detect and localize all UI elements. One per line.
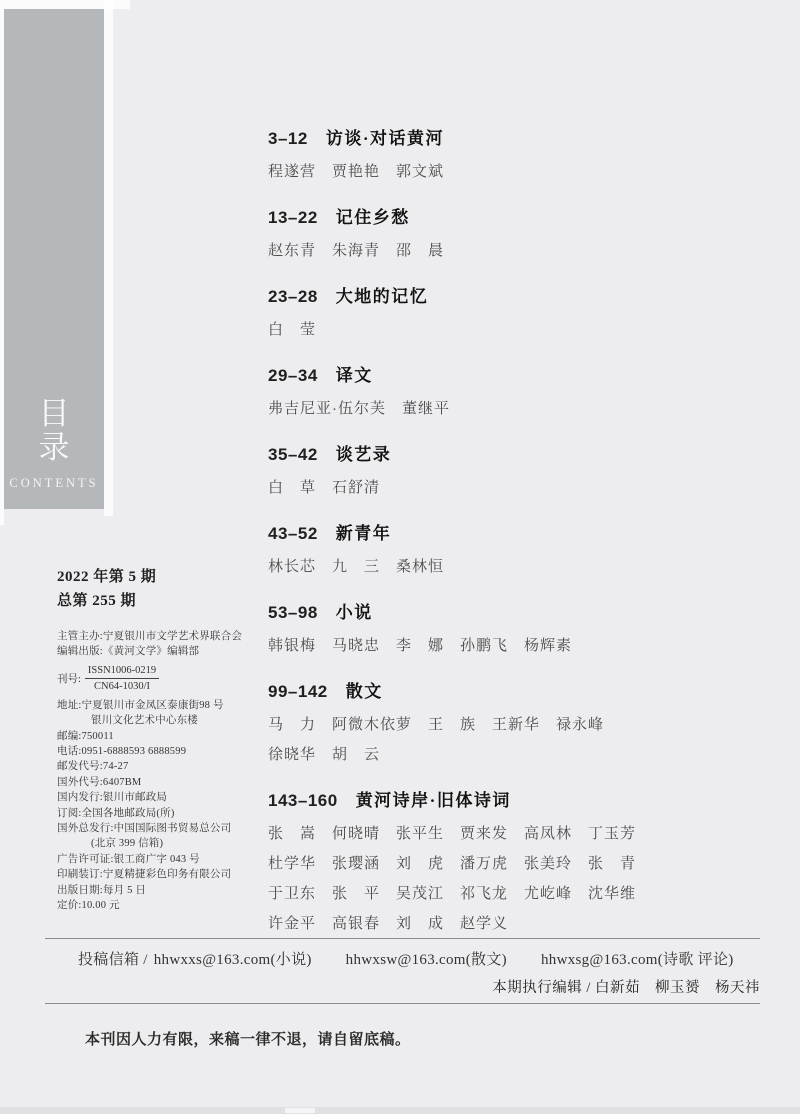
table-of-contents: 3–12访谈·对话黄河 程遂营 贾艳艳 郭文斌 13–22记住乡愁 赵东青 朱海… (268, 126, 758, 957)
info-foreign-code: 国外代号:6407BM (57, 775, 277, 790)
toc-page-range: 53–98 (268, 603, 318, 622)
submission-label: 投稿信箱 / (78, 952, 148, 968)
toc-page-range: 13–22 (268, 208, 318, 227)
submission-emails: 投稿信箱 /hhwxxs@163.com(小说)hhwxsw@163.com(散… (78, 948, 768, 969)
toc-page-range: 35–42 (268, 445, 318, 464)
toc-entry-fiction: 53–98小说 韩银梅 马晓忠 李 娜 孙鹏飞 杨辉素 (268, 600, 758, 661)
issn-fraction: ISSN1006-0219 CN64-1030/I (85, 664, 159, 693)
toc-section-title: 谈艺录 (336, 445, 392, 464)
info-foreign-issue: 国外总发行:中国国际图书贸易总公司 (57, 821, 277, 836)
toc-section-title: 译文 (336, 366, 373, 385)
toc-head: 23–28大地的记忆 (268, 284, 758, 310)
info-publish-date: 出版日期:每月 5 日 (57, 883, 277, 898)
info-domestic-issue: 国内发行:银川市邮政局 (57, 790, 277, 805)
page-bottom-edge (0, 1107, 800, 1114)
toc-entry-new-youth: 43–52新青年 林长芯 九 三 桑林恒 (268, 521, 758, 582)
toc-section-title: 记住乡愁 (336, 208, 410, 227)
publication-info: 主管主办:宁夏银川市文学艺术界联合会 编辑出版:《黄河文学》编辑部 刊号: IS… (57, 629, 277, 914)
toc-page-range: 99–142 (268, 682, 328, 701)
info-printing: 印刷装订:宁夏精捷彩色印务有限公司 (57, 867, 277, 882)
email-fiction: hhwxxs@163.com(小说) (154, 952, 312, 968)
info-postcode: 邮编:750011 (57, 729, 277, 744)
magazine-toc-page: 目录 CONTENTS 2022 年第 5 期 总第 255 期 主管主办:宁夏… (0, 0, 800, 1114)
issn-number: ISSN1006-0219 (85, 664, 159, 679)
toc-head: 99–142散文 (268, 679, 758, 705)
toc-authors: 徐晓华 胡 云 (268, 740, 758, 770)
toc-section-title: 小说 (336, 603, 373, 622)
toc-authors: 白 莹 (268, 315, 758, 345)
issn-label: 刊号: (57, 671, 81, 686)
toc-authors: 许金平 高银春 刘 成 赵学义 (268, 909, 758, 939)
toc-entry-classical-poetry: 143–160黄河诗岸·旧体诗词 张 嵩 何晓晴 张平生 贾来发 高凤林 丁玉芳… (268, 788, 758, 939)
toc-head: 53–98小说 (268, 600, 758, 626)
executive-editors: 本期执行编辑 / 白新茹 柳玉赟 杨天祎 (492, 976, 760, 997)
toc-authors: 马 力 阿微木依萝 王 族 王新华 禄永峰 (268, 710, 758, 740)
toc-section-title: 新青年 (336, 524, 392, 543)
toc-head: 43–52新青年 (268, 521, 758, 547)
toc-authors: 于卫东 张 平 吴茂江 祁飞龙 尤屹峰 沈华维 (268, 879, 758, 909)
footer-divider-bottom (45, 1003, 760, 1004)
email-poetry: hhwxsg@163.com(诗歌 评论) (541, 952, 734, 968)
toc-head: 3–12访谈·对话黄河 (268, 126, 758, 152)
toc-entry-prose: 99–142散文 马 力 阿微木依萝 王 族 王新华 禄永峰 徐晓华 胡 云 (268, 679, 758, 770)
toc-section-title: 黄河诗岸·旧体诗词 (356, 791, 511, 810)
info-price: 定价:10.00 元 (57, 898, 277, 913)
toc-authors: 程遂营 贾艳艳 郭文斌 (268, 157, 758, 187)
contents-label: 目录 CONTENTS (4, 397, 104, 491)
toc-authors: 白 草 石舒清 (268, 473, 758, 503)
toc-authors: 张 嵩 何晓晴 张平生 贾来发 高凤林 丁玉芳 (268, 819, 758, 849)
info-address-2: 银川文化艺术中心东楼 (57, 713, 277, 728)
toc-head: 143–160黄河诗岸·旧体诗词 (268, 788, 758, 814)
toc-authors: 赵东青 朱海青 邵 晨 (268, 236, 758, 266)
toc-page-range: 23–28 (268, 287, 318, 306)
info-post-code-no: 邮发代号:74-27 (57, 759, 277, 774)
toc-section-title: 大地的记忆 (336, 287, 429, 306)
toc-page-range: 29–34 (268, 366, 318, 385)
toc-page-range: 43–52 (268, 524, 318, 543)
info-subscribe: 订阅:全国各地邮政局(所) (57, 806, 277, 821)
toc-entry-memory-of-earth: 23–28大地的记忆 白 莹 (268, 284, 758, 345)
cn-number: CN64-1030/I (85, 679, 159, 693)
toc-authors: 弗吉尼亚·伍尔芙 董继平 (268, 394, 758, 424)
toc-head: 35–42谈艺录 (268, 442, 758, 468)
email-prose: hhwxsw@163.com(散文) (346, 952, 507, 968)
submission-notice: 本刊因人力有限，来稿一律不退，请自留底稿。 (85, 1028, 411, 1049)
footer-divider-top (45, 938, 760, 939)
toc-entry-translation: 29–34译文 弗吉尼亚·伍尔芙 董继平 (268, 363, 758, 424)
toc-authors: 林长芯 九 三 桑林恒 (268, 552, 758, 582)
issue-total-number: 总第 255 期 (57, 590, 272, 614)
scan-edge-bar-right (104, 0, 113, 516)
toc-section-title: 访谈·对话黄河 (326, 129, 444, 148)
issue-block: 2022 年第 5 期 总第 255 期 (57, 566, 272, 613)
info-issn: 刊号: ISSN1006-0219 CN64-1030/I (57, 664, 277, 693)
toc-page-range: 3–12 (268, 129, 308, 148)
toc-authors: 杜学华 张璎涵 刘 虎 潘万虎 张美玲 张 青 (268, 849, 758, 879)
toc-section-title: 散文 (346, 682, 383, 701)
toc-authors: 韩银梅 马晓忠 李 娜 孙鹏飞 杨辉素 (268, 631, 758, 661)
toc-head: 29–34译文 (268, 363, 758, 389)
info-organizer: 主管主办:宁夏银川市文学艺术界联合会 (57, 629, 277, 644)
contents-sidebar-bar: 目录 CONTENTS (4, 9, 104, 509)
info-publisher: 编辑出版:《黄河文学》编辑部 (57, 644, 277, 659)
toc-head: 13–22记住乡愁 (268, 205, 758, 231)
page-bottom-tab (285, 1108, 315, 1113)
contents-label-chinese: 目录 (38, 397, 71, 466)
toc-page-range: 143–160 (268, 791, 338, 810)
info-ad-license: 广告许可证:银工商广字 043 号 (57, 852, 277, 867)
toc-entry-interview: 3–12访谈·对话黄河 程遂营 贾艳艳 郭文斌 (268, 126, 758, 187)
info-address-1: 地址:宁夏银川市金凤区泰康街98 号 (57, 698, 277, 713)
issue-year-number: 2022 年第 5 期 (57, 566, 272, 590)
info-foreign-issue-2: (北京 399 信箱) (57, 836, 277, 851)
contents-label-english: CONTENTS (4, 476, 104, 491)
info-phone: 电话:0951-6888593 6888599 (57, 744, 277, 759)
toc-entry-nostalgia: 13–22记住乡愁 赵东青 朱海青 邵 晨 (268, 205, 758, 266)
toc-entry-on-art: 35–42谈艺录 白 草 石舒清 (268, 442, 758, 503)
